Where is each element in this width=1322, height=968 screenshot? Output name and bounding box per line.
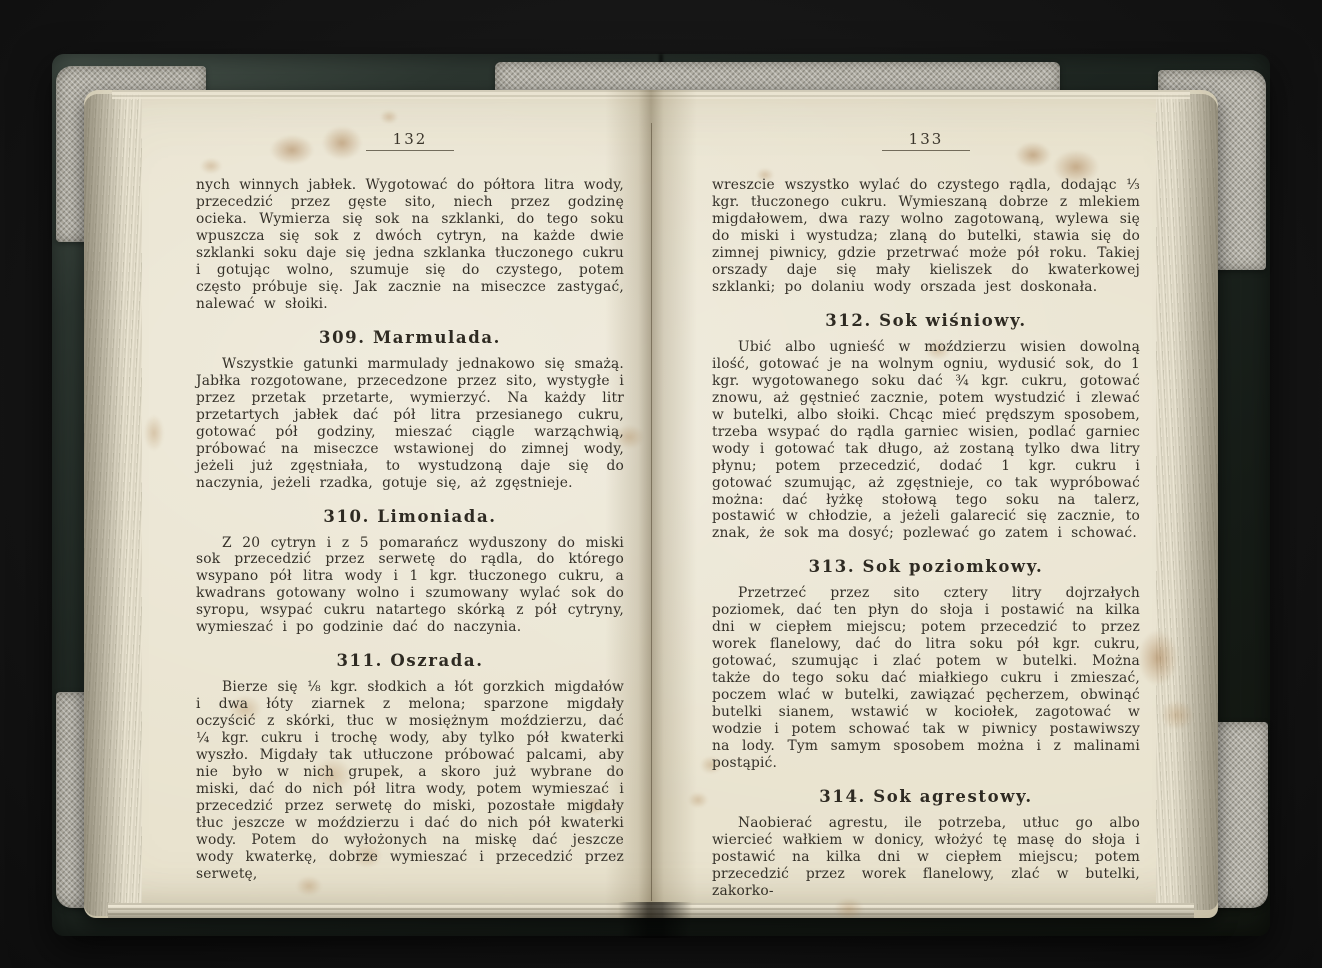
scanned-book-photo: 132 nych winnych jabłek. Wygotować do pó… bbox=[0, 0, 1322, 968]
body-paragraph: Ubić albo ugnieść w moździerzu wisien do… bbox=[712, 339, 1140, 543]
foxing-spot bbox=[144, 415, 164, 451]
page-stack-right-edge bbox=[1156, 94, 1218, 910]
recipe-heading: 310. Limoniada. bbox=[196, 507, 624, 526]
recipe-heading: 313. Sok poziomkowy. bbox=[712, 557, 1140, 576]
recipe-heading: 311. Oszrada. bbox=[196, 651, 624, 670]
spine-bottom-shadow bbox=[618, 902, 692, 938]
body-paragraph: nych winnych jabłek. Wygotować do półtor… bbox=[196, 177, 624, 313]
open-page-spread: 132 nych winnych jabłek. Wygotować do pó… bbox=[84, 90, 1218, 918]
body-paragraph: Bierze się ⅛ kgr. słodkich a łót gorzkic… bbox=[196, 679, 624, 883]
body-paragraph: Z 20 cytryn i z 5 pomarańcz wyduszony do… bbox=[196, 535, 624, 637]
page-number-rule bbox=[366, 150, 454, 151]
foxing-spot bbox=[1160, 700, 1194, 730]
page-right: 133 wreszcie wszystko wylać do czystego … bbox=[712, 130, 1140, 902]
page-number: 133 bbox=[712, 130, 1140, 148]
recipe-heading: 309. Marmulada. bbox=[196, 328, 624, 347]
recipe-heading: 312. Sok wiśniowy. bbox=[712, 311, 1140, 330]
page-number-rule bbox=[882, 150, 970, 151]
body-paragraph: Przetrzeć przez sito cztery litry dojrza… bbox=[712, 585, 1140, 772]
page-body: wreszcie wszystko wylać do czystego rądl… bbox=[712, 177, 1140, 900]
page-left: 132 nych winnych jabłek. Wygotować do pó… bbox=[196, 130, 624, 885]
page-number: 132 bbox=[196, 130, 624, 148]
body-paragraph: wreszcie wszystko wylać do czystego rądl… bbox=[712, 177, 1140, 296]
body-paragraph: Wszystkie gatunki marmulady jednakowo si… bbox=[196, 356, 624, 492]
body-paragraph: Naobierać agrestu, ile potrzeba, utłuc g… bbox=[712, 815, 1140, 900]
page-stack-left-edge bbox=[84, 94, 142, 916]
page-body: nych winnych jabłek. Wygotować do półtor… bbox=[196, 177, 624, 883]
foxing-spot bbox=[688, 792, 708, 808]
recipe-heading: 314. Sok agrestowy. bbox=[712, 787, 1140, 806]
foxing-spot bbox=[380, 110, 398, 124]
foxing-spot bbox=[1138, 630, 1178, 686]
